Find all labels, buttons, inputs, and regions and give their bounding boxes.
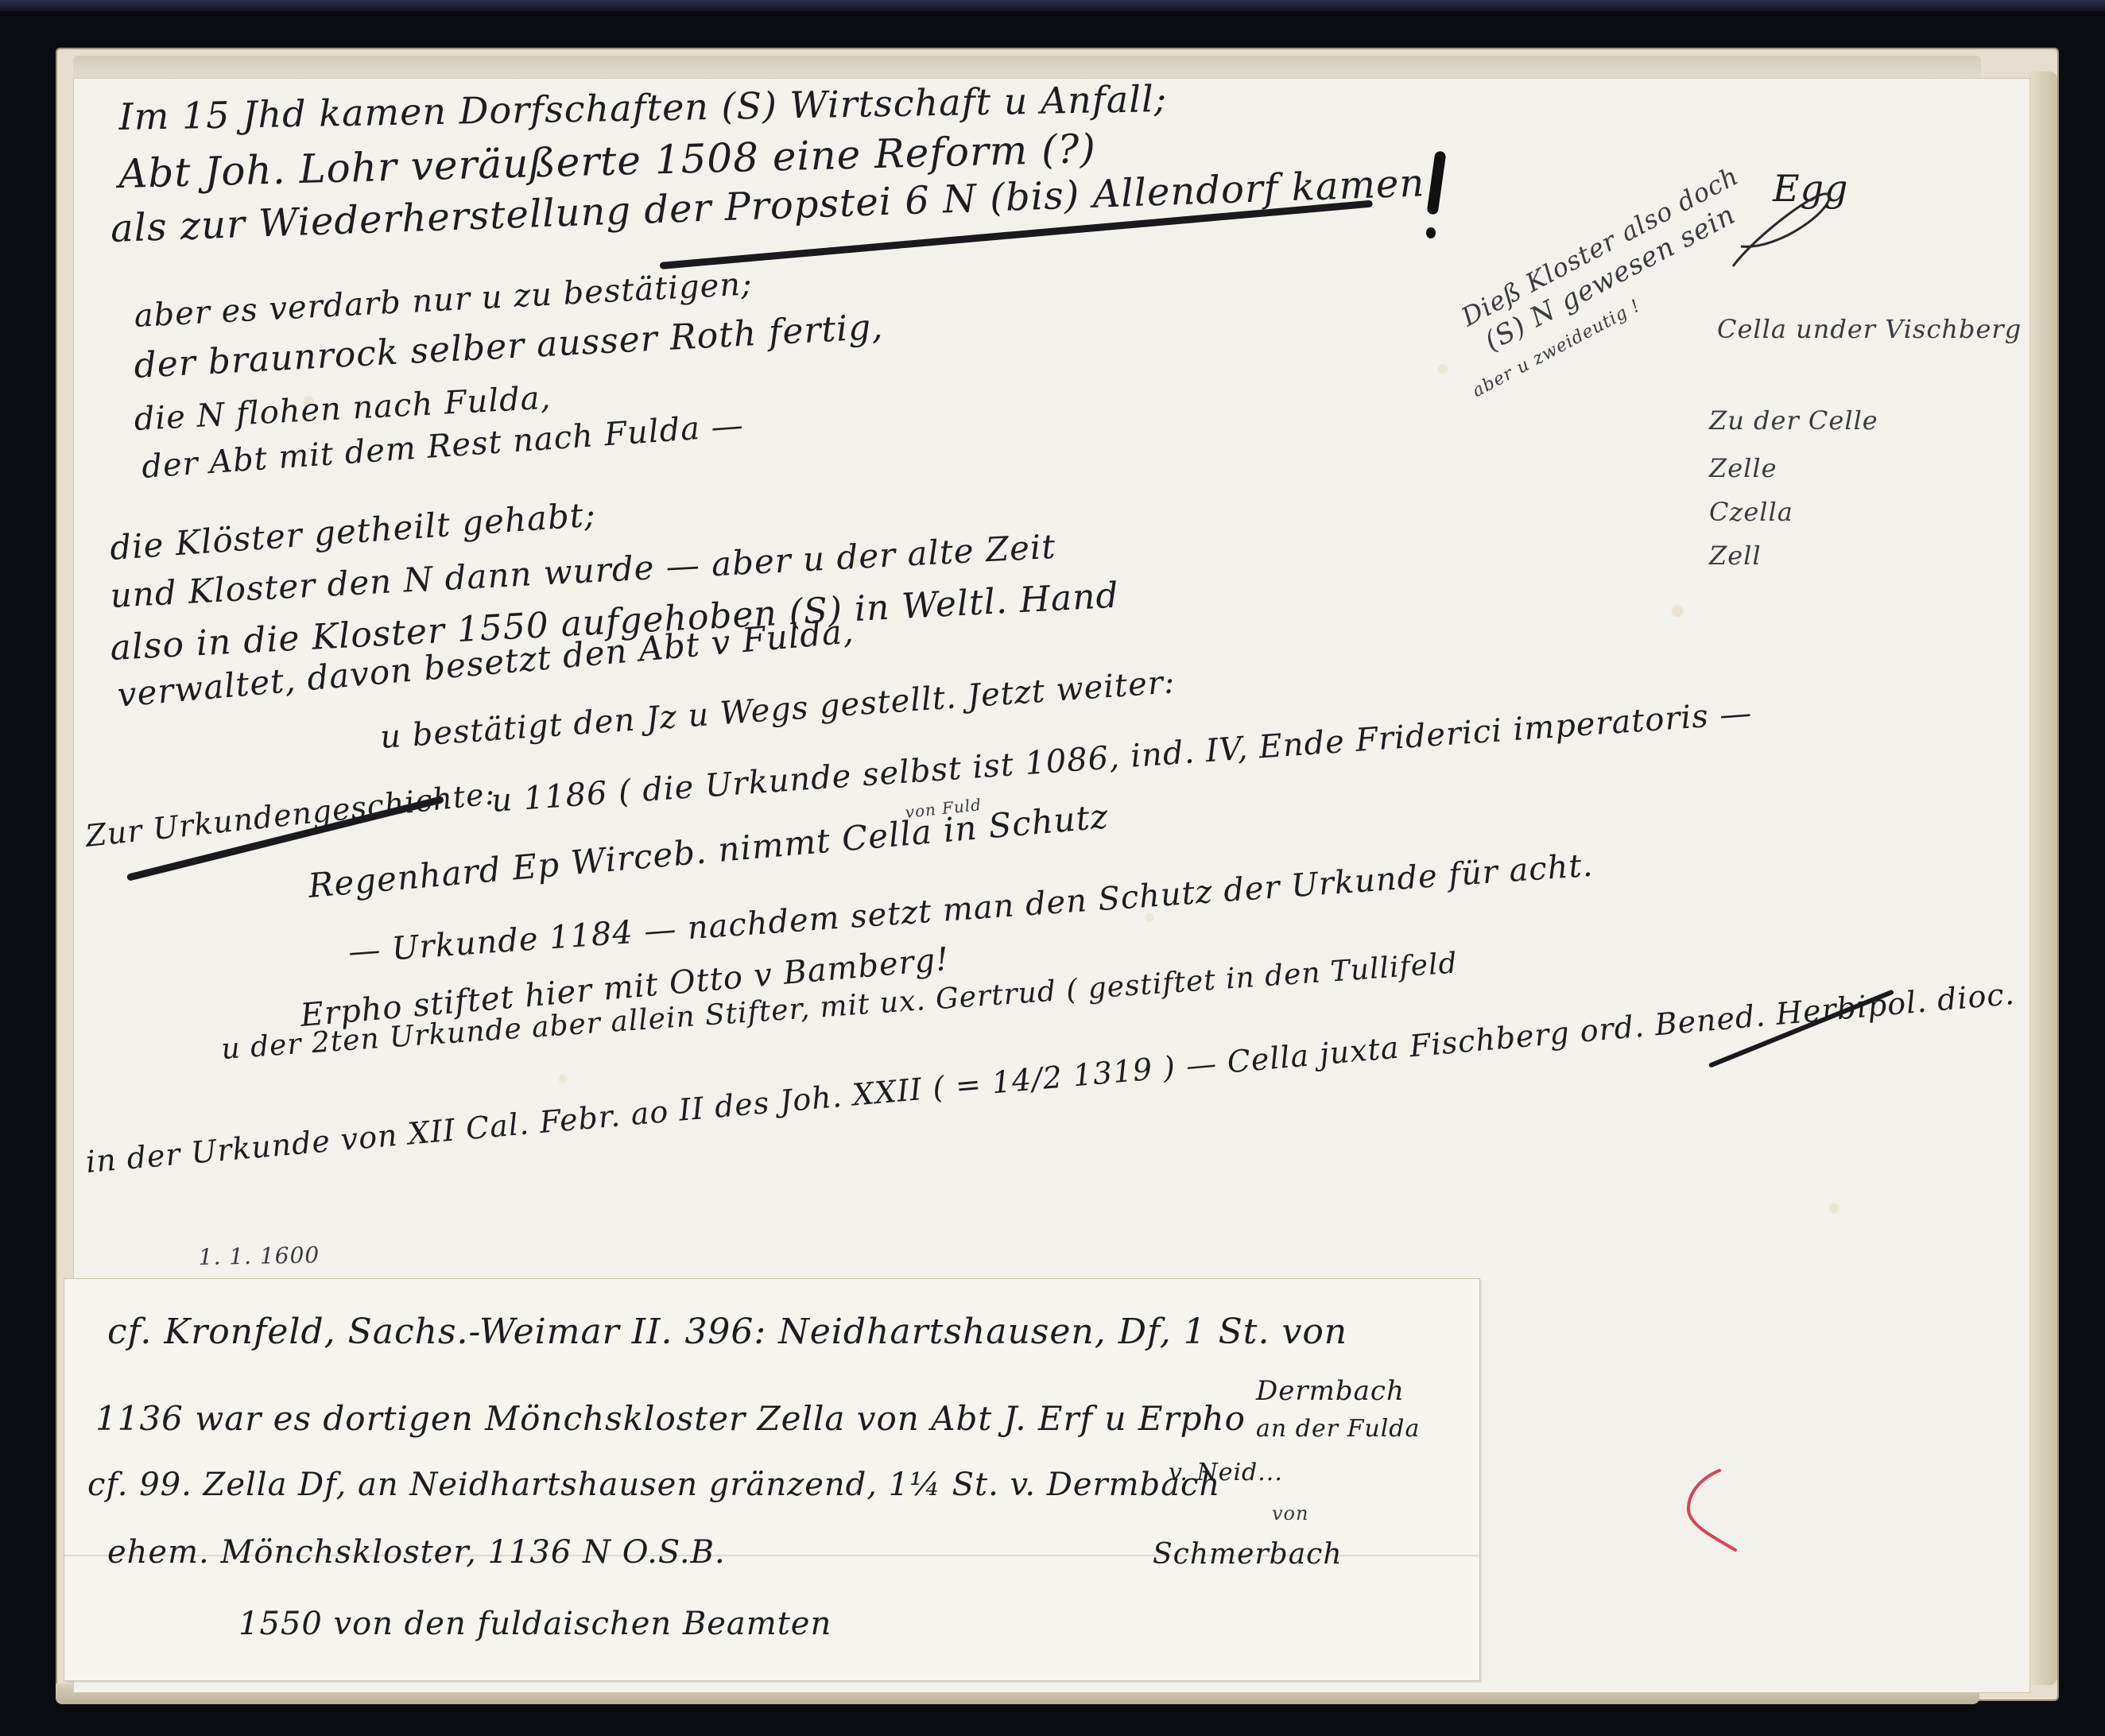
flourish-stroke-icon xyxy=(1725,179,1836,274)
slip-right-note-an-der-fulda: an der Fulda xyxy=(1256,1415,1420,1443)
slip-line-2: 1136 war es dortigen Mönchskloster Zella… xyxy=(95,1399,1246,1438)
text-line-date: 1. 1. 1600 xyxy=(198,1242,320,1270)
place-name-variant-4: Zell xyxy=(1709,541,1762,571)
place-name-variant-1: Zu der Celle xyxy=(1709,405,1878,436)
red-pencil-check-mark-icon xyxy=(1684,1467,1739,1554)
slip-right-note-schmerbach: Schmerbach xyxy=(1153,1538,1343,1571)
place-name-variant-2: Zelle xyxy=(1709,453,1777,483)
exclamation-mark-dot xyxy=(1426,227,1436,238)
page-stack-right-edge xyxy=(2026,72,2057,1685)
slip-right-note-dermbach: Dermbach xyxy=(1256,1375,1405,1407)
place-name-variant-3: Czella xyxy=(1709,497,1793,527)
slip-line-1: cf. Kronfeld, Sachs.-Weimar II. 396: Nei… xyxy=(107,1312,1347,1352)
slip-right-note-neid: v. Neid... xyxy=(1169,1459,1283,1486)
place-names-heading: Cella under Vischberg xyxy=(1717,314,2022,344)
slip-line-5: 1550 von den fuldaischen Beamten xyxy=(238,1606,832,1642)
slip-right-note-von: von xyxy=(1272,1502,1308,1525)
scanner-backdrop-top xyxy=(0,0,2105,11)
slip-line-4: ehem. Mönchskloster, 1136 N O.S.B. xyxy=(107,1534,726,1571)
slip-line-3: cf. 99. Zella Df, an Neidhartshausen grä… xyxy=(87,1467,1220,1503)
